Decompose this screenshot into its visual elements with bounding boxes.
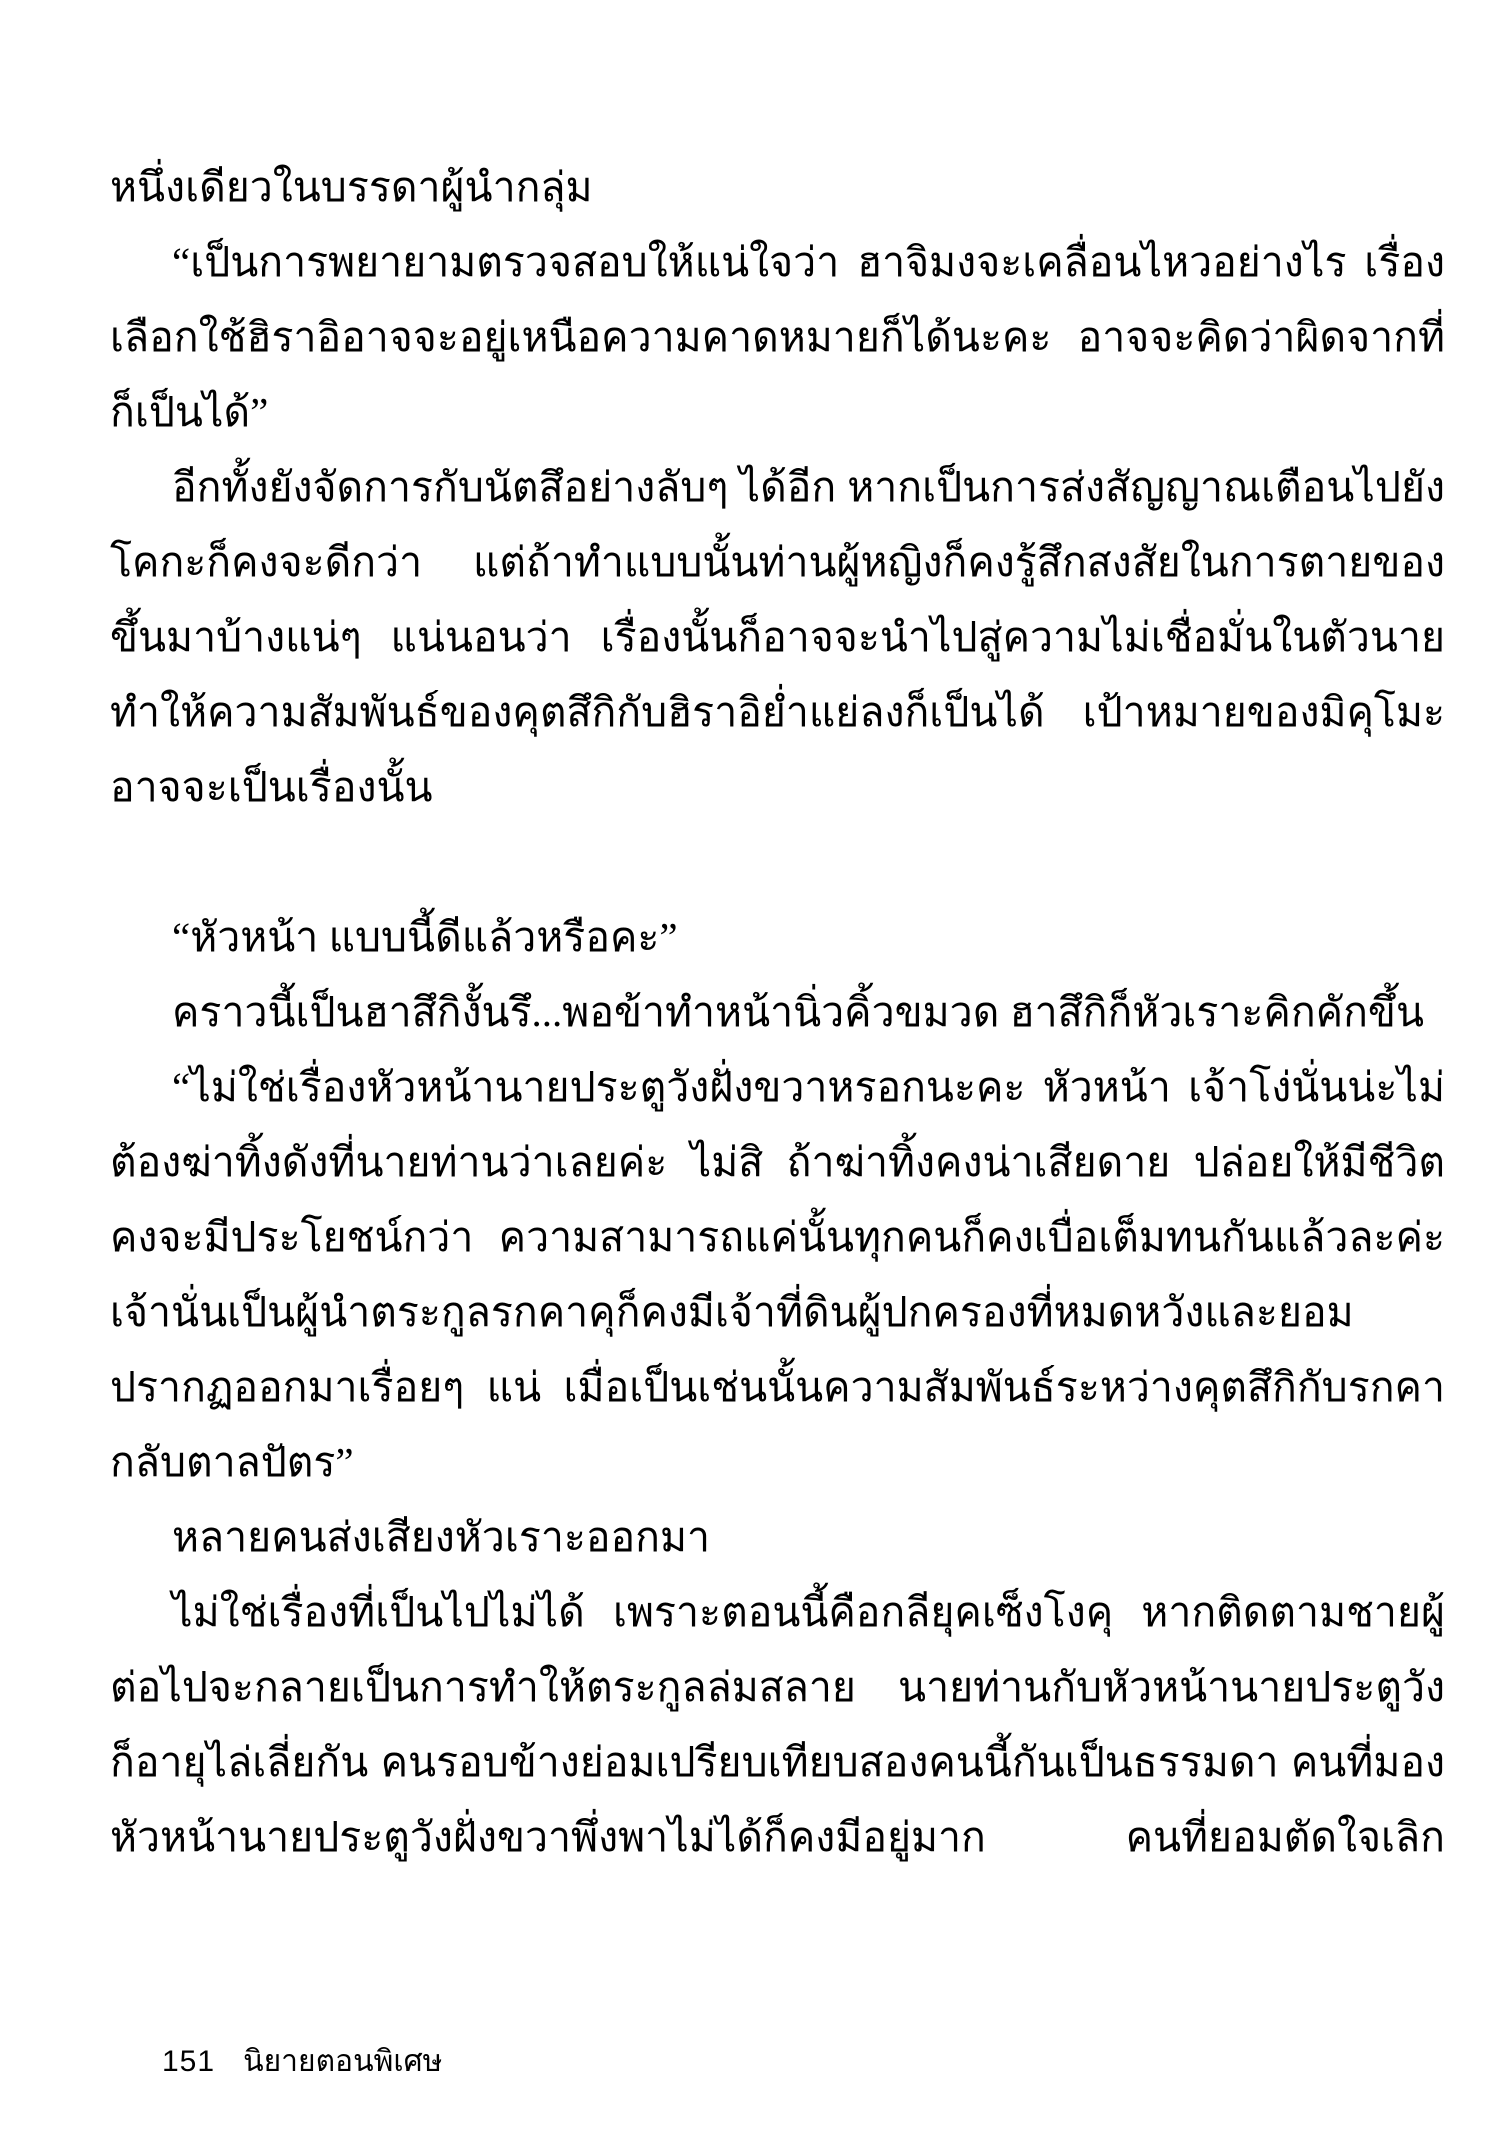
footer-section-label: นิยายตอนพิเศษ [243,2038,442,2085]
text-line: โคกะก็คงจะดีกว่า แต่ถ้าทำแบบนั้นท่านผู้ห… [110,525,1445,600]
text-line: หัวหน้านายประตูวังฝั่งขวาพึ่งพาไม่ได้ก็ค… [110,1800,1445,1875]
text-line: เลือกใช้ฮิราอิอาจจะอยู่เหนือความคาดหมายก… [110,300,1445,375]
text-block: หนึ่งเดียวในบรรดาผู้นำกลุ่ม“เป็นการพยายา… [110,150,1445,1875]
text-line: กลับตาลปัตร” [110,1425,1445,1500]
text-line: หนึ่งเดียวในบรรดาผู้นำกลุ่ม [110,150,1445,225]
text-line: ก็เป็นได้” [110,375,1445,450]
page-number: 151 [162,2045,215,2079]
text-line: ปรากฏออกมาเรื่อยๆ แน่ เมื่อเป็นเช่นนั้นค… [110,1350,1445,1425]
text-line: คราวนี้เป็นฮาสึกิงั้นรึ...พอข้าทำหน้านิ่… [110,975,1445,1050]
text-line: อีกทั้งยังจัดการกับนัตสึอย่างลับๆ ได้อีก… [110,450,1445,525]
text-line: ก็อายุไล่เลี่ยกัน คนรอบข้างย่อมเปรียบเที… [110,1725,1445,1800]
text-line: ไม่ใช่เรื่องที่เป็นไปไม่ได้ เพราะตอนนี้ค… [110,1575,1445,1650]
text-line: “ไม่ใช่เรื่องหัวหน้านายประตูวังฝั่งขวาหร… [110,1050,1445,1125]
book-page: หนึ่งเดียวในบรรดาผู้นำกลุ่ม“เป็นการพยายา… [0,0,1512,2150]
text-line: คงจะมีประโยชน์กว่า ความสามารถแค่นั้นทุกค… [110,1200,1445,1275]
page-footer: 151 นิยายตอนพิเศษ [162,2038,442,2085]
text-line: หลายคนส่งเสียงหัวเราะออกมา [110,1500,1445,1575]
text-line: “หัวหน้า แบบนี้ดีแล้วหรือคะ” [110,900,1445,975]
text-line: เจ้านั่นเป็นผู้นำตระกูลรกคาคุก็คงมีเจ้าท… [110,1275,1445,1350]
text-line: ต่อไปจะกลายเป็นการทำให้ตระกูลล่มสลาย นาย… [110,1650,1445,1725]
text-line: “เป็นการพยายามตรวจสอบให้แน่ใจว่า ฮาจิมงจ… [110,225,1445,300]
text-line: ขึ้นมาบ้างแน่ๆ แน่นอนว่า เรื่องนั้นก็อาจ… [110,600,1445,675]
text-line: อาจจะเป็นเรื่องนั้น [110,750,1445,825]
text-line: ทำให้ความสัมพันธ์ของคุตสึกิกับฮิราอิย่ำแ… [110,675,1445,750]
text-line: ต้องฆ่าทิ้งดังที่นายท่านว่าเลยค่ะ ไม่สิ … [110,1125,1445,1200]
